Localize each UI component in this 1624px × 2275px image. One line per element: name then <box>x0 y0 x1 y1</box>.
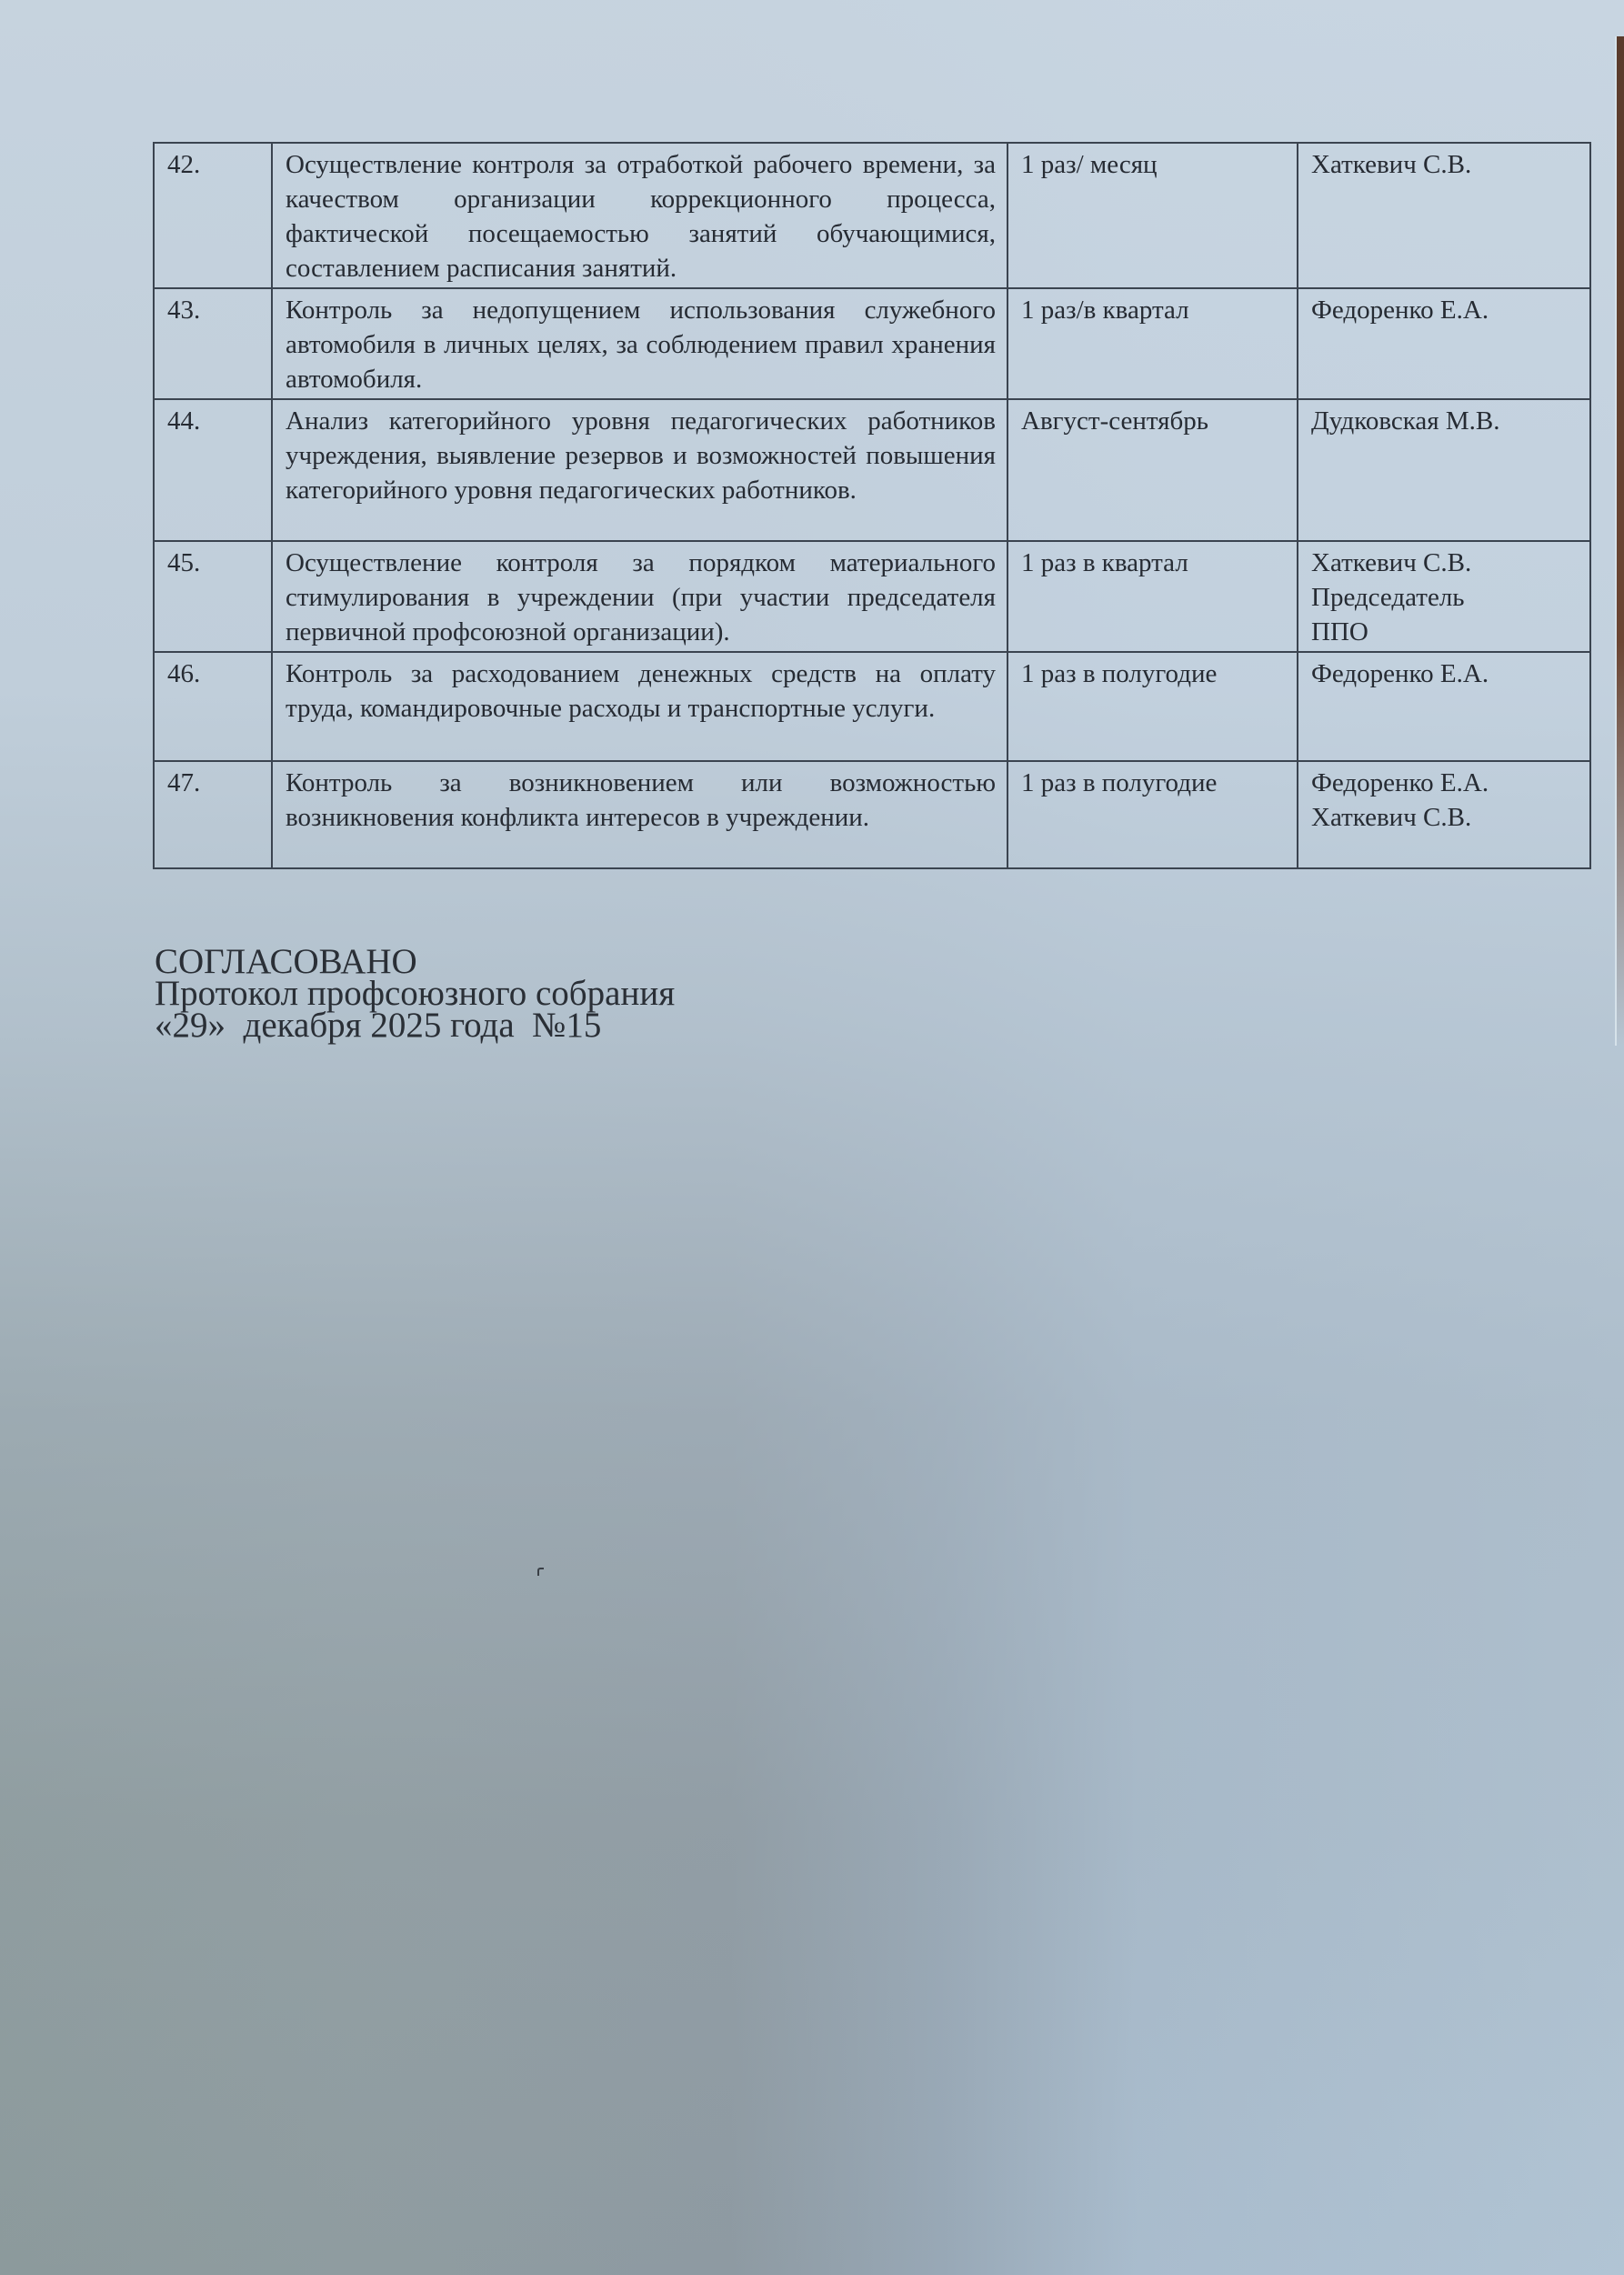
row-number: 43. <box>154 288 272 399</box>
approval-block: СОГЛАСОВАНО Протокол профсоюзного собран… <box>155 946 675 1041</box>
responsible-role-org: ППО <box>1311 615 1579 649</box>
row-number: 45. <box>154 541 272 652</box>
row-responsible: Федоренко Е.А. <box>1298 288 1590 399</box>
table-row: 42. Осуществление контроля за отработкой… <box>154 143 1590 288</box>
table-row: 44. Анализ категорийного уровня педагоги… <box>154 399 1590 541</box>
row-description: Осуществление контроля за отработкой раб… <box>272 143 1007 288</box>
row-description: Контроль за возникновением или возможнос… <box>272 761 1007 868</box>
row-frequency: 1 раз/ месяц <box>1007 143 1298 288</box>
approval-date-number: «29» декабря 2025 года №15 <box>155 1009 675 1041</box>
responsible-role: Председатель <box>1311 580 1579 615</box>
row-responsible: Федоренко Е.А. Хаткевич С.В. <box>1298 761 1590 868</box>
table-row: 43. Контроль за недопущением использован… <box>154 288 1590 399</box>
row-description: Контроль за недопущением использования с… <box>272 288 1007 399</box>
responsible-person: Федоренко Е.А. <box>1311 766 1579 800</box>
row-description: Осуществление контроля за порядком матер… <box>272 541 1007 652</box>
paper-speck <box>537 1568 544 1576</box>
approval-protocol: Протокол профсоюзного собрания <box>155 977 675 1009</box>
row-number: 47. <box>154 761 272 868</box>
row-frequency: 1 раз/в квартал <box>1007 288 1298 399</box>
approval-heading: СОГЛАСОВАНО <box>155 946 675 977</box>
row-responsible: Хаткевич С.В. Председатель ППО <box>1298 541 1590 652</box>
responsible-person: Хаткевич С.В. <box>1311 147 1579 182</box>
row-number: 42. <box>154 143 272 288</box>
row-responsible: Федоренко Е.А. <box>1298 652 1590 761</box>
row-description: Контроль за расходованием денежных средс… <box>272 652 1007 761</box>
row-number: 46. <box>154 652 272 761</box>
table-row: 46. Контроль за расходованием денежных с… <box>154 652 1590 761</box>
row-frequency: Август-сентябрь <box>1007 399 1298 541</box>
row-frequency: 1 раз в полугодие <box>1007 652 1298 761</box>
row-description: Анализ категорийного уровня педагогическ… <box>272 399 1007 541</box>
responsible-person: Федоренко Е.А. <box>1311 293 1579 327</box>
row-frequency: 1 раз в полугодие <box>1007 761 1298 868</box>
row-number: 44. <box>154 399 272 541</box>
table-row: 45. Осуществление контроля за порядком м… <box>154 541 1590 652</box>
responsible-person: Хаткевич С.В. <box>1311 546 1579 580</box>
row-frequency: 1 раз в квартал <box>1007 541 1298 652</box>
background-edge <box>1615 36 1624 1046</box>
table-row: 47. Контроль за возникновением или возмо… <box>154 761 1590 868</box>
responsible-person: Федоренко Е.А. <box>1311 656 1579 691</box>
control-plan-table: 42. Осуществление контроля за отработкой… <box>153 142 1591 869</box>
row-responsible: Хаткевич С.В. <box>1298 143 1590 288</box>
responsible-person: Дудковская М.В. <box>1311 404 1579 438</box>
row-responsible: Дудковская М.В. <box>1298 399 1590 541</box>
responsible-person: Хаткевич С.В. <box>1311 800 1579 835</box>
